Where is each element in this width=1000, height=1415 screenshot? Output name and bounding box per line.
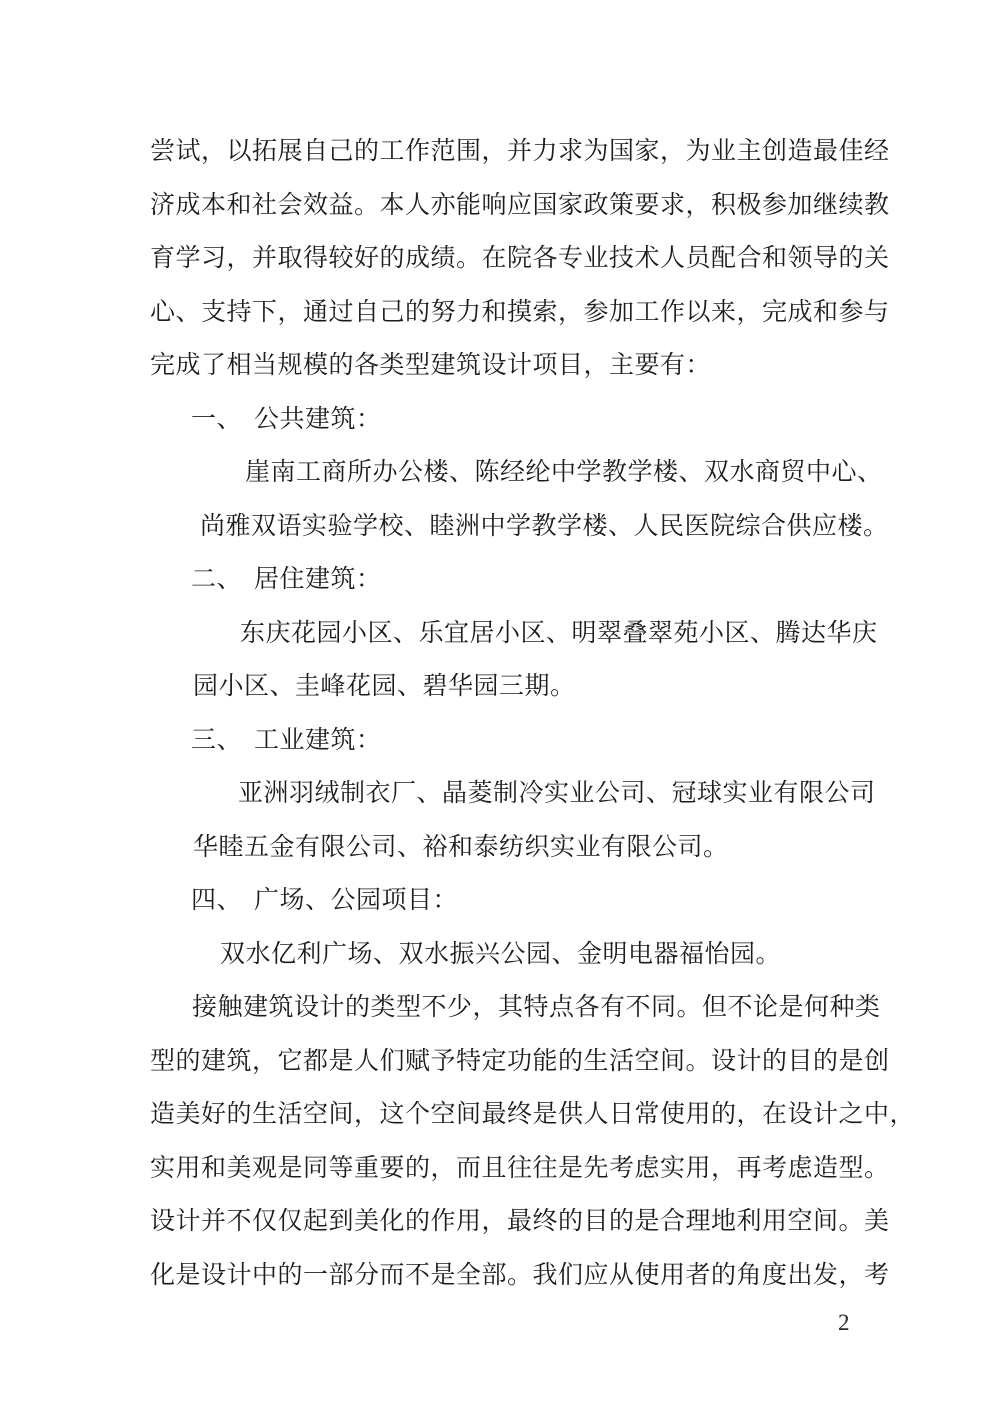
body-line: 育学习，并取得较好的成绩。在院各专业技术人员配合和领导的关 — [0, 232, 1000, 286]
document-page: 尝试，以拓展自己的工作范围，并力求为国家，为业主创造最佳经 济成本和社会效益。本… — [0, 0, 1000, 1415]
body-line: 完成了相当规模的各类型建筑设计项目，主要有： — [0, 339, 1000, 393]
list-item-line: 东庆花园小区、乐宜居小区、明翠叠翠苑小区、腾达华庆 — [0, 607, 1000, 661]
section-title: 工业建筑： — [254, 726, 382, 754]
list-item-line: 尚雅双语实验学校、睦洲中学教学楼、人民医院综合供应楼。 — [0, 500, 1000, 554]
section-heading-public-buildings: 一、公共建筑： — [0, 393, 1000, 447]
section-title: 公共建筑： — [254, 405, 382, 433]
section-title: 广场、公园项目： — [254, 886, 458, 914]
page-number: 2 — [838, 1305, 850, 1341]
document-body: 尝试，以拓展自己的工作范围，并力求为国家，为业主创造最佳经 济成本和社会效益。本… — [0, 0, 1000, 1302]
section-number: 二、 — [191, 565, 242, 593]
body-line: 设计并不仅仅起到美化的作用，最终的目的是合理地利用空间。美 — [0, 1195, 1000, 1249]
section-number: 四、 — [191, 886, 242, 914]
body-line: 化是设计中的一部分而不是全部。我们应从使用者的角度出发，考 — [0, 1249, 1000, 1303]
section-number: 一、 — [191, 405, 242, 433]
list-item-line: 华睦五金有限公司、裕和泰纺织实业有限公司。 — [0, 821, 1000, 875]
body-line: 实用和美观是同等重要的，而且往往是先考虑实用，再考虑造型。 — [0, 1142, 1000, 1196]
section-number: 三、 — [191, 726, 242, 754]
section-heading-industrial-buildings: 三、工业建筑： — [0, 714, 1000, 768]
body-line: 心、支持下，通过自己的努力和摸索，参加工作以来，完成和参与 — [0, 286, 1000, 340]
body-line: 尝试，以拓展自己的工作范围，并力求为国家，为业主创造最佳经 — [0, 125, 1000, 179]
body-line: 济成本和社会效益。本人亦能响应国家政策要求，积极参加继续教 — [0, 179, 1000, 233]
section-title: 居住建筑： — [254, 565, 382, 593]
list-item-line: 崖南工商所办公楼、陈经纶中学教学楼、双水商贸中心、 — [0, 446, 1000, 500]
body-line: 型的建筑，它都是人们赋予特定功能的生活空间。设计的目的是创 — [0, 1035, 1000, 1089]
paragraph-first-line: 接触建筑设计的类型不少，其特点各有不同。但不论是何种类 — [0, 981, 1000, 1035]
list-item-line: 亚洲羽绒制衣厂、晶菱制冷实业公司、冠球实业有限公司 — [0, 767, 1000, 821]
body-line: 造美好的生活空间，这个空间最终是供人日常使用的，在设计之中， — [0, 1088, 1000, 1142]
list-item-line: 双水亿利广场、双水振兴公园、金明电器福怡园。 — [0, 928, 1000, 982]
section-heading-residential-buildings: 二、居住建筑： — [0, 553, 1000, 607]
section-heading-plaza-park-projects: 四、广场、公园项目： — [0, 874, 1000, 928]
list-item-line: 园小区、圭峰花园、碧华园三期。 — [0, 660, 1000, 714]
